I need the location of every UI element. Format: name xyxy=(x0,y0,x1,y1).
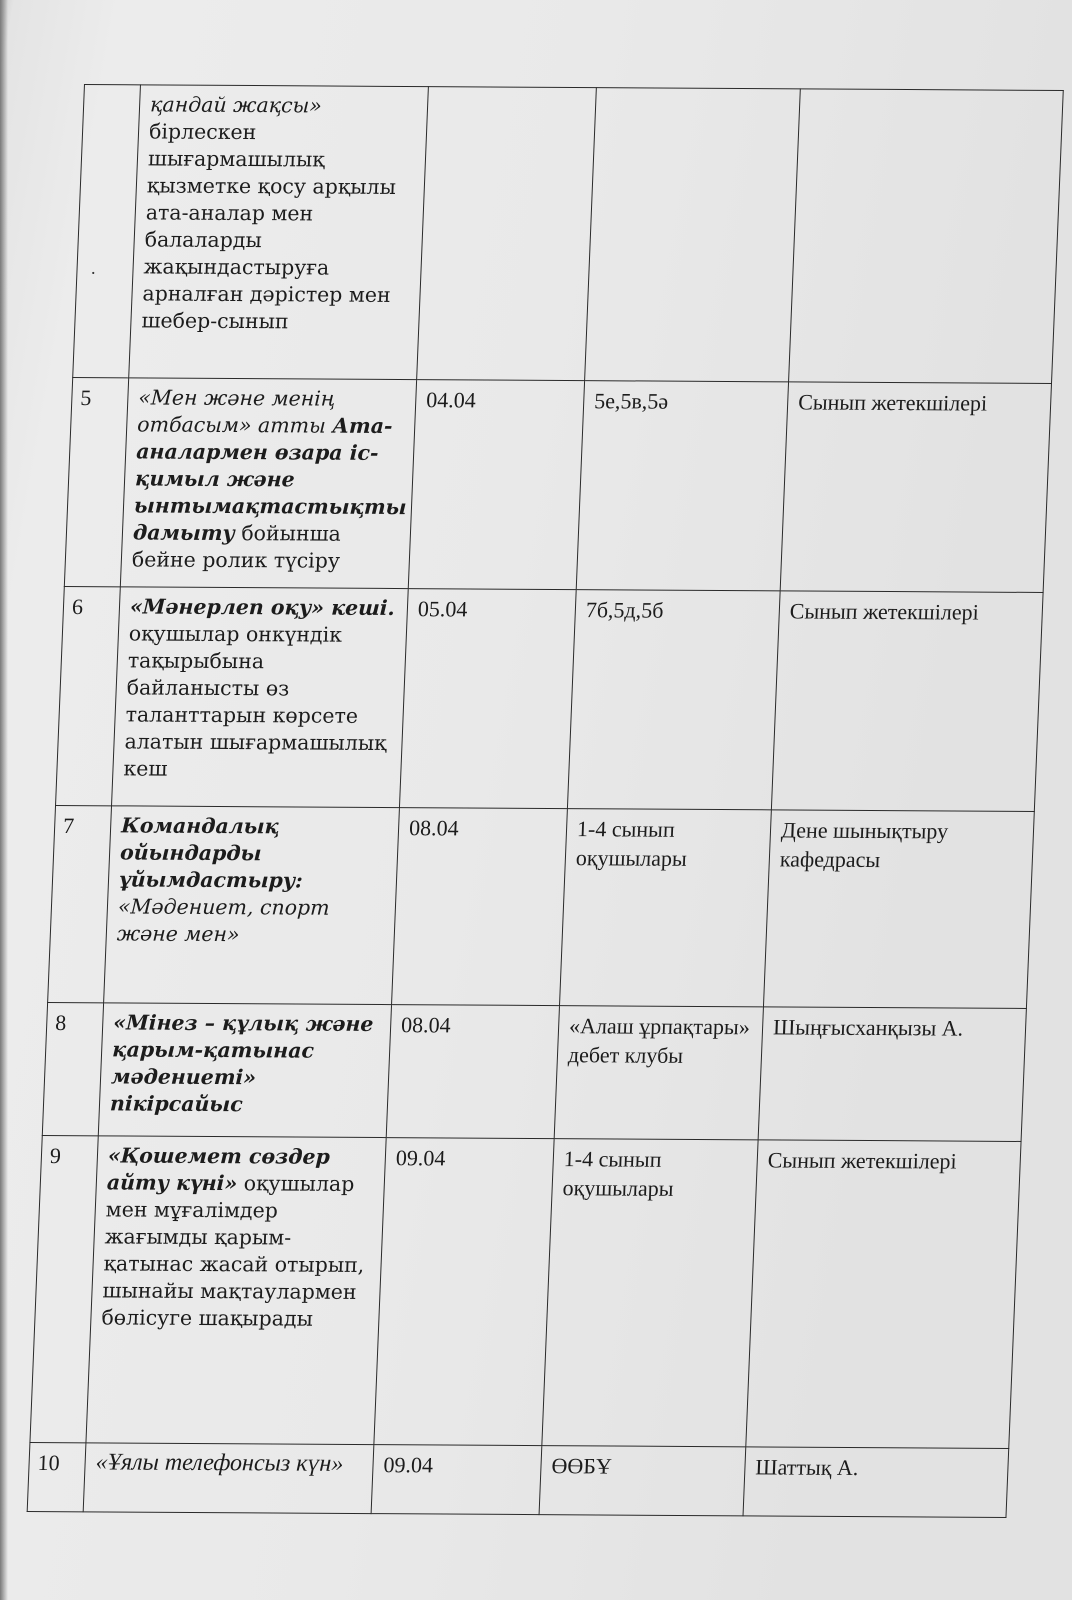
responsible-cell: Сынып жетекшілері xyxy=(771,591,1043,812)
event-description-cell: «Қошемет сөздер айту күні» оқушылар мен … xyxy=(86,1136,386,1445)
event-text-italic: «Мәдениет, спорт және мен» xyxy=(116,894,330,946)
date-cell: 09.04 xyxy=(371,1445,542,1515)
participants-cell: 7б,5д,5б xyxy=(567,590,780,810)
table-row: 5«Мен және менің отбасым» атты Ата-анала… xyxy=(64,377,1051,592)
event-description-cell: «Мен және менің отбасым» атты Ата-аналар… xyxy=(120,378,416,589)
responsible-cell: Сынып жетекшілері xyxy=(780,382,1051,593)
event-description-cell: «Ұялы телефонсыз күн» xyxy=(83,1443,374,1514)
event-text-italic: қандай жақсы» xyxy=(150,92,323,117)
row-number-cell: 8 xyxy=(42,1002,103,1135)
participants-cell: «Алаш ұрпақтары» дебет клубы xyxy=(554,1006,763,1140)
event-plan-table: қандай жақсы» бірлескен шығармашылық қыз… xyxy=(27,84,1064,1518)
row-number-cell: 10 xyxy=(27,1442,86,1511)
responsible-cell: Шыңғысханқызы А. xyxy=(758,1007,1026,1142)
event-text-plain: бірлескен шығармашылық қызметке қосу арқ… xyxy=(141,119,396,333)
participants-cell xyxy=(585,88,801,382)
event-text-bold-italic: «Мінез – құлық және қарым-қатынас мәдени… xyxy=(110,1010,374,1116)
date-cell xyxy=(417,87,597,381)
table-row: 6«Мәнерлеп оқу» кеші. оқушылар онкүндік … xyxy=(56,586,1044,811)
table-row: 10«Ұялы телефонсыз күн»09.04ӨӨБҰШаттық А… xyxy=(27,1442,1009,1517)
row-number-cell: 5 xyxy=(64,377,128,586)
row-number-cell: 6 xyxy=(56,586,121,805)
date-cell: 04.04 xyxy=(408,380,584,590)
table-row: 9«Қошемет сөздер айту күні» оқушылар мен… xyxy=(30,1135,1021,1448)
event-plan-table-body: қандай жақсы» бірлескен шығармашылық қыз… xyxy=(27,85,1063,1518)
table-row: 8«Мінез – құлық және қарым-қатынас мәден… xyxy=(42,1002,1026,1141)
event-text-italic: «Мен және менің отбасым» атты xyxy=(137,385,336,437)
participants-cell: 5е,5в,5ә xyxy=(576,381,788,591)
participants-cell: 1-4 сынып оқушылары xyxy=(560,809,772,1007)
responsible-cell: Шаттық А. xyxy=(743,1447,1009,1518)
page-edge-shadow xyxy=(0,0,8,1600)
responsible-cell xyxy=(789,89,1064,384)
event-description-cell: «Мәнерлеп оқу» кеші. оқушылар онкүндік т… xyxy=(112,587,409,808)
event-text-bold-italic: Командалық ойындарды ұйымдастыру: xyxy=(119,813,304,892)
date-cell: 08.04 xyxy=(392,808,568,1006)
event-text-italic: «Ұялы телефонсыз күн» xyxy=(95,1449,344,1477)
row-number-cell: 7 xyxy=(48,805,112,1002)
date-cell: 08.04 xyxy=(386,1005,559,1139)
event-description-cell: қандай жақсы» бірлескен шығармашылық қыз… xyxy=(129,85,429,380)
participants-cell: ӨӨБҰ xyxy=(539,1446,746,1516)
event-text-bold-italic: «Мәнерлеп оқу» кеші. xyxy=(130,594,396,620)
date-cell: 05.04 xyxy=(399,589,576,809)
responsible-cell: Дене шынықтыру кафедрасы xyxy=(763,810,1034,1009)
date-cell: 09.04 xyxy=(374,1138,554,1446)
event-plan-table-container: қандай жақсы» бірлескен шығармашылық қыз… xyxy=(27,84,1064,1518)
event-text-plain: оқушылар онкүндік тақырыбына байланысты … xyxy=(123,621,387,780)
table-row: қандай жақсы» бірлескен шығармашылық қыз… xyxy=(73,85,1064,384)
responsible-cell: Сынып жетекшілері xyxy=(746,1140,1021,1449)
event-description-cell: «Мінез – құлық және қарым-қатынас мәдени… xyxy=(98,1003,391,1138)
event-description-cell: Командалық ойындарды ұйымдастыру: «Мәден… xyxy=(104,806,400,1005)
table-row: 7Командалық ойындарды ұйымдастыру: «Мәде… xyxy=(48,805,1035,1008)
participants-cell: 1-4 сынып оқушылары xyxy=(542,1139,758,1447)
